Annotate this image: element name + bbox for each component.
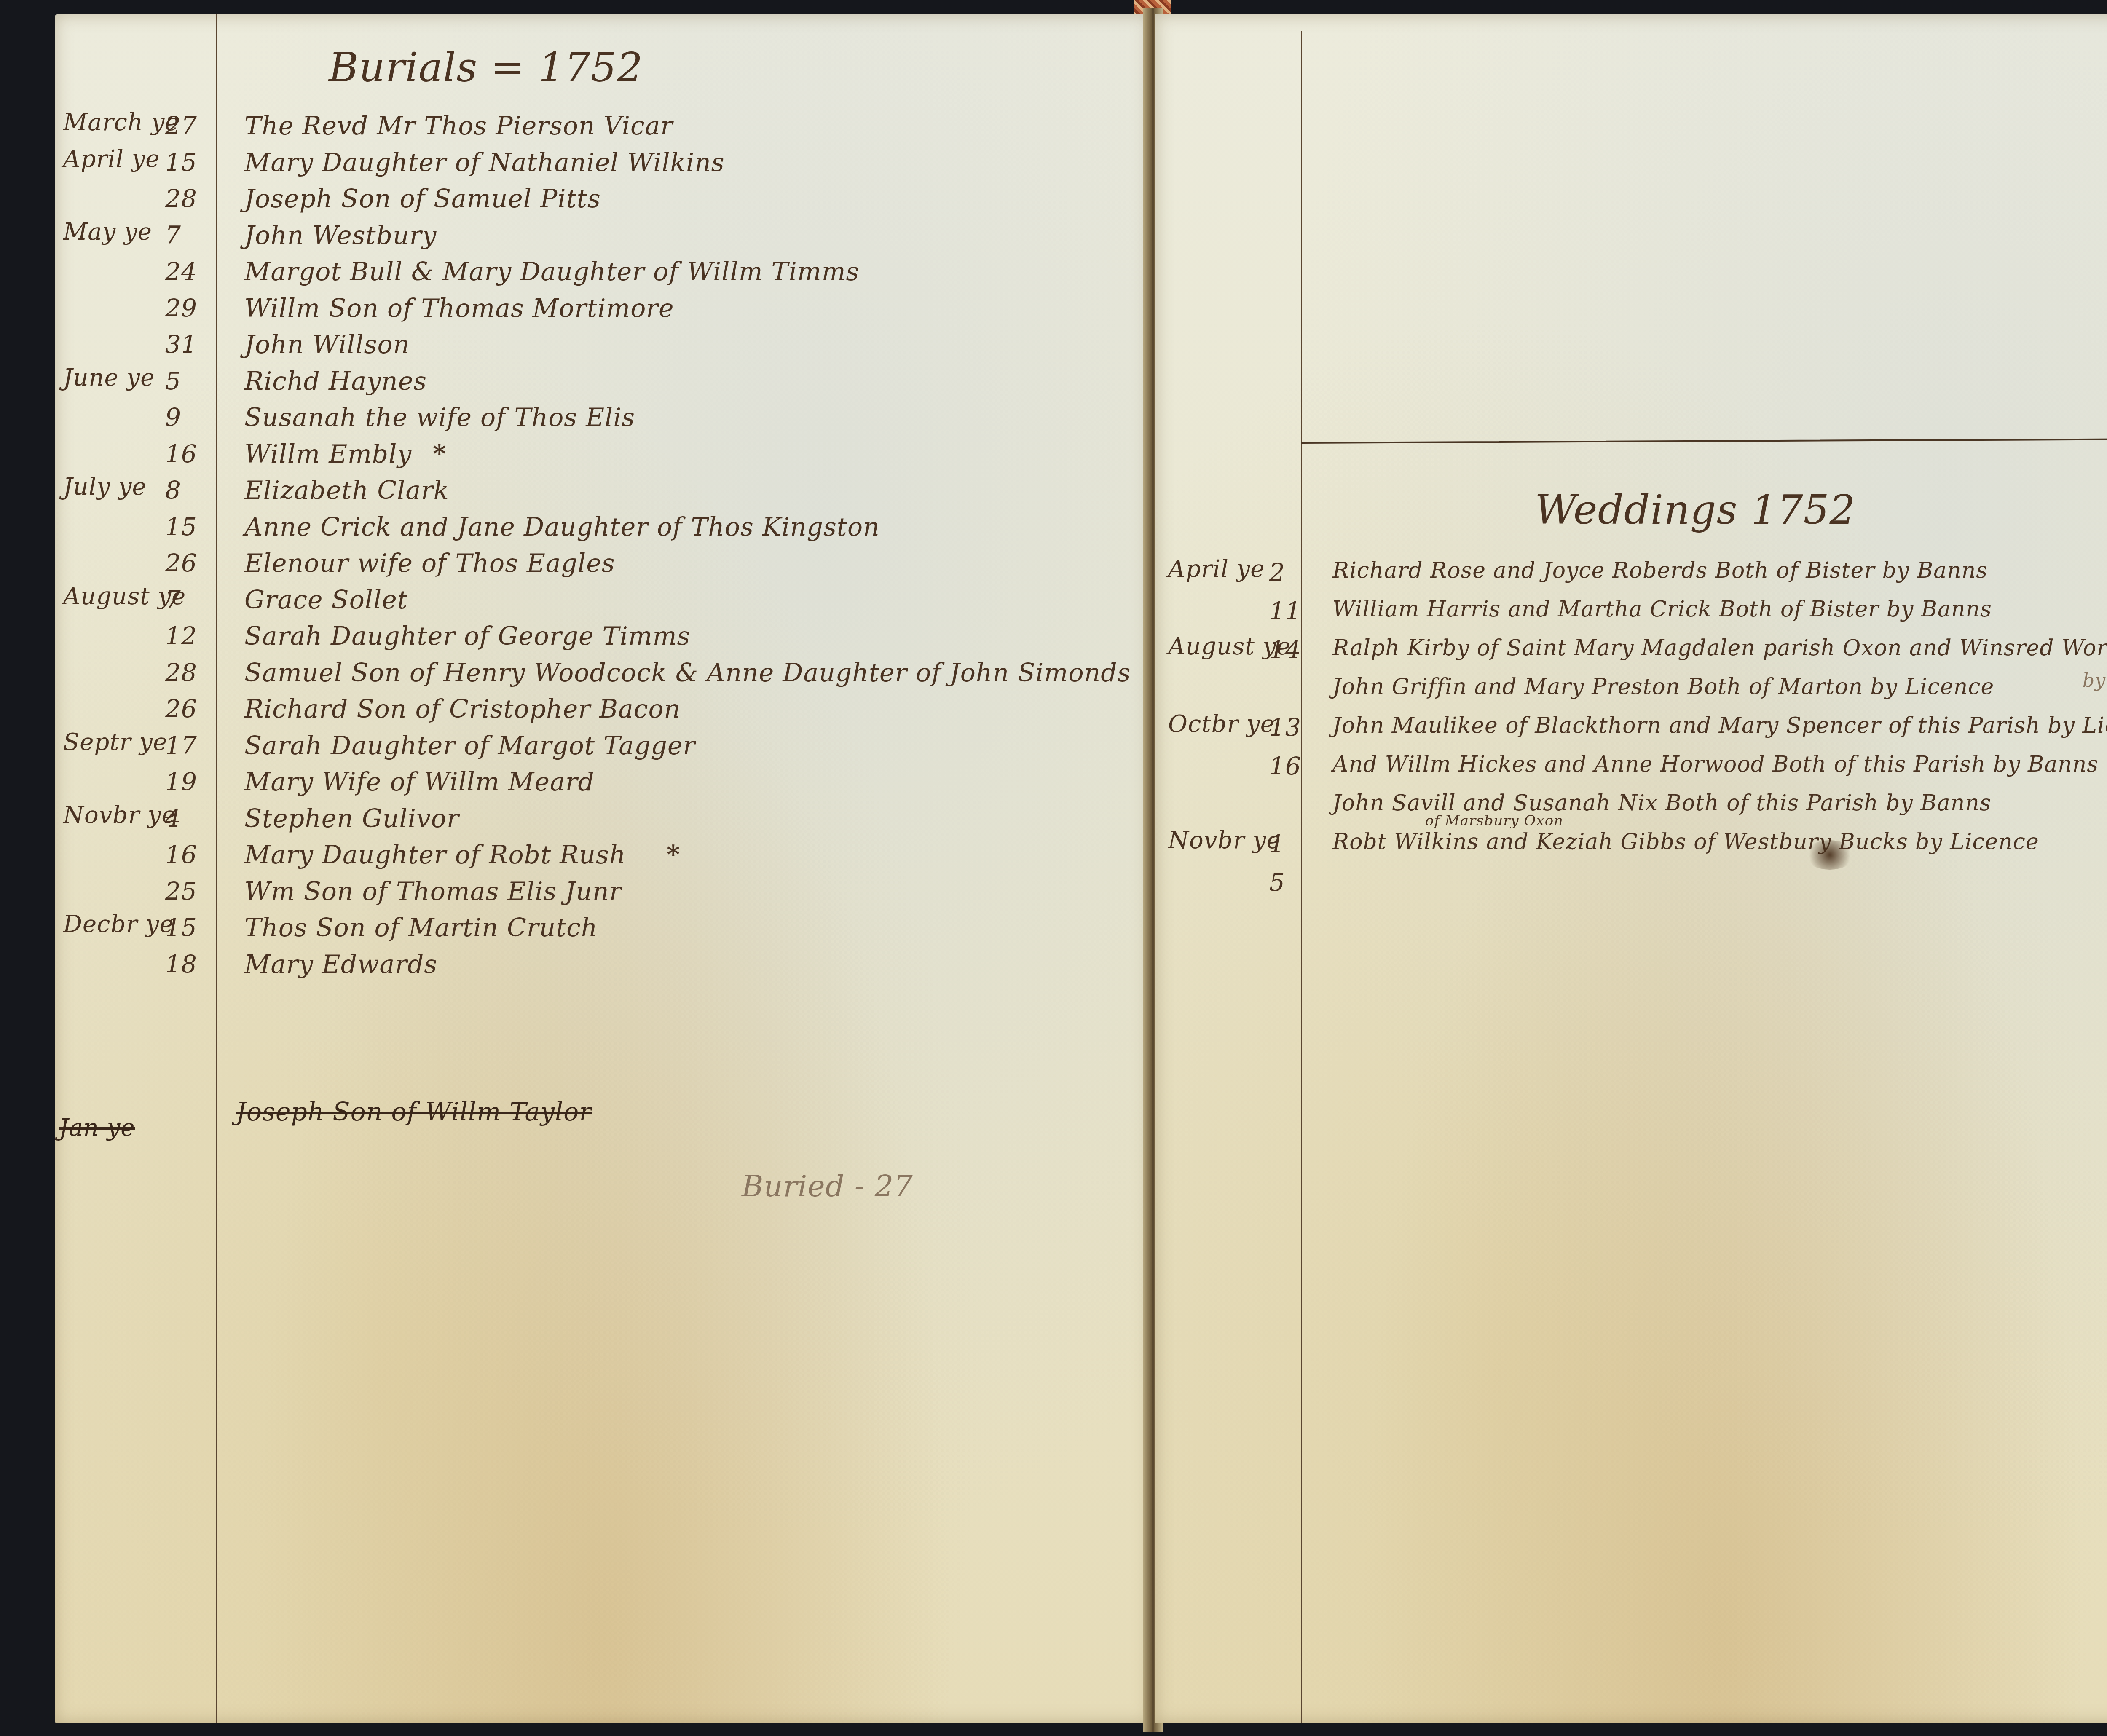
wedding-entry: William Harris and Martha Crick Both of … — [1332, 597, 1992, 622]
burial-month: March ye — [63, 109, 180, 136]
burial-entry: Sarah Daughter of Margot Tagger — [244, 731, 695, 761]
burial-day: 9 — [165, 403, 181, 431]
burial-entry: Grace Sollet — [244, 585, 408, 615]
wedding-day: 16 — [1269, 752, 1301, 780]
burial-entry: Sarah Daughter of George Timms — [244, 622, 690, 651]
burial-day: 19 — [165, 767, 197, 796]
burial-day: 27 — [165, 111, 197, 140]
burial-day: 31 — [165, 330, 197, 359]
burial-entry: John Westbury — [244, 221, 437, 250]
burial-day: 26 — [165, 694, 197, 723]
wedding-month: April ye — [1168, 555, 1265, 583]
burial-day: 4 — [165, 804, 181, 833]
burial-entry: Samuel Son of Henry Woodcock & Anne Daug… — [244, 658, 1131, 688]
wedding-day: 5 — [1269, 868, 1285, 897]
weddings-title: Weddings 1752 — [1535, 486, 1856, 533]
left-page-burials: Burials = 1752 March ye27The Revd Mr Tho… — [55, 14, 1150, 1723]
burial-entry: Wm Son of Thomas Elis Junr — [244, 877, 622, 906]
burial-entry: Mary Daughter of Robt Rush — [244, 840, 626, 870]
burial-day: 25 — [165, 877, 197, 906]
wedding-entry: Ralph Kirby of Saint Mary Magdalen paris… — [1332, 635, 2107, 661]
burial-day: 15 — [165, 148, 197, 177]
burial-day: 12 — [165, 622, 197, 650]
burial-day: 24 — [165, 257, 197, 286]
burial-day: 7 — [165, 585, 181, 614]
struck-entry-month: Jan ye — [59, 1114, 135, 1141]
wedding-entry: John Savill and Susanah Nix Both of this… — [1332, 790, 1991, 816]
burial-day: 15 — [165, 913, 197, 942]
burial-day: 28 — [165, 658, 197, 687]
burial-month: June ye — [63, 364, 155, 391]
burial-entry: Willm Embly — [244, 439, 412, 469]
burial-entry: Mary Daughter of Nathaniel Wilkins — [244, 148, 725, 177]
burial-entry: Willm Son of Thomas Mortimore — [244, 294, 674, 323]
burial-day: 28 — [165, 184, 197, 213]
burial-entry: Anne Crick and Jane Daughter of Thos Kin… — [244, 512, 880, 542]
struck-entry: Joseph Son of Willm Taylor — [236, 1097, 592, 1127]
burial-month: Novbr ye — [63, 801, 176, 829]
burial-entry: Elizabeth Clark — [244, 476, 449, 505]
burial-month: Decbr ye — [63, 911, 174, 938]
margin-rule — [1301, 31, 1302, 1723]
burial-entry: The Revd Mr Thos Pierson Vicar — [244, 111, 673, 141]
burial-month: April ye — [63, 145, 160, 173]
burial-month: May ye — [63, 218, 152, 246]
wedding-entry: Robt Wilkins and Keziah Gibbs of Westbur… — [1332, 829, 2039, 855]
burial-month: July ye — [63, 473, 147, 501]
wedding-day: 11 — [1269, 597, 1301, 625]
burial-entry: John Willson — [244, 330, 410, 359]
burial-entry: Mary Edwards — [244, 950, 437, 979]
wedding-day: 2 — [1269, 558, 1285, 587]
burial-entry: Richard Son of Cristopher Bacon — [244, 694, 681, 724]
wedding-entry: Richard Rose and Joyce Roberds Both of B… — [1332, 558, 1988, 583]
wedding-day: 14 — [1269, 635, 1301, 664]
burial-entry: Elenour wife of Thos Eagles — [244, 549, 615, 578]
burial-day: 17 — [165, 731, 197, 760]
burial-entry: Mary Wife of Willm Meard — [244, 767, 595, 797]
asterisk-marker-icon: * — [667, 840, 680, 870]
wedding-entry: And Willm Hickes and Anne Horwood Both o… — [1332, 752, 2099, 777]
wedding-month: Octbr ye — [1168, 710, 1275, 738]
burial-entry: Margot Bull & Mary Daughter of Willm Tim… — [244, 257, 859, 287]
wedding-entry: John Griffin and Mary Preston Both of Ma… — [1332, 674, 1994, 699]
burial-day: 7 — [165, 221, 181, 249]
burial-entry: Richd Haynes — [244, 367, 427, 396]
wedding-entry: John Maulikee of Blackthorn and Mary Spe… — [1332, 713, 2107, 738]
wedding-day: 1 — [1269, 829, 1285, 858]
burial-month: Septr ye — [63, 729, 167, 756]
burial-day: 16 — [165, 840, 197, 869]
burial-day: 16 — [165, 439, 197, 468]
burial-day: 18 — [165, 950, 197, 978]
margin-rule — [216, 14, 217, 1723]
burials-total: Buried - 27 — [742, 1169, 913, 1203]
burial-day: 15 — [165, 512, 197, 541]
burial-entry: Stephen Gulivor — [244, 804, 459, 833]
burial-entry: Joseph Son of Samuel Pitts — [244, 184, 601, 214]
burial-entry: Thos Son of Martin Crutch — [244, 913, 598, 943]
wedding-superscript: of Marsbury Oxon — [1425, 812, 1563, 829]
section-divider — [1301, 438, 2107, 444]
wedding-month: Novbr ye — [1168, 827, 1281, 854]
burial-day: 5 — [165, 367, 181, 395]
burial-entry: Susanah the wife of Thos Elis — [244, 403, 635, 432]
burial-day: 8 — [165, 476, 181, 504]
wedding-day: 13 — [1269, 713, 1301, 742]
wedding-annotation: by Licence — [2083, 670, 2107, 691]
right-page-weddings: 31 Weddings 1752 April ye2Richard Rose a… — [1155, 14, 2107, 1723]
burial-day: 29 — [165, 294, 197, 322]
burials-title: Burials = 1752 — [329, 44, 643, 91]
asterisk-marker-icon: * — [433, 439, 446, 469]
ink-blot — [1804, 840, 1855, 870]
burial-day: 26 — [165, 549, 197, 577]
